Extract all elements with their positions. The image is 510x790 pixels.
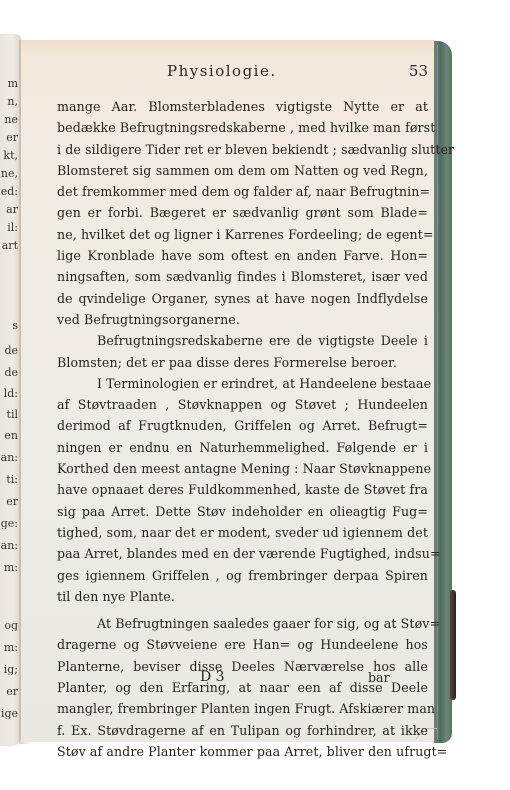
text-line: ningsaften, som sædvanlig findes i Bloms… bbox=[57, 266, 428, 287]
text-line: ningen er endnu en Naturhemmelighed. Føl… bbox=[57, 437, 428, 458]
text-line: Blomsteret sig sammen om dem om Natten o… bbox=[57, 160, 428, 181]
left-page-text-fragment: m: bbox=[0, 642, 18, 653]
left-page-text-fragment: il: bbox=[0, 222, 18, 233]
left-page-text-fragment: m bbox=[0, 78, 18, 89]
left-page-text-fragment: ge: bbox=[0, 518, 18, 529]
facing-left-page: mn,neerkt,ne,ed:aril:artsdedeld:tilenan:… bbox=[0, 34, 21, 746]
left-page-text-fragment: til bbox=[0, 409, 18, 420]
text-line: Blomsten; det er paa disse deres Formere… bbox=[57, 352, 428, 373]
text-line: de qvindelige Organer, synes at have nog… bbox=[57, 288, 428, 309]
text-line: Støv af andre Planter kommer paa Arret, … bbox=[57, 741, 428, 762]
text-line: dragerne og Støvveiene ere Han= og Hunde… bbox=[57, 634, 428, 655]
left-page-text-fragment: en bbox=[0, 430, 18, 441]
running-head-title: Physiologie. bbox=[167, 62, 277, 80]
left-page-text-fragment: ar bbox=[0, 204, 18, 215]
text-line: tighed, som, naar det er modent, sveder … bbox=[57, 522, 428, 543]
text-line: Befrugtningsredskaberne ere de vigtigste… bbox=[57, 330, 428, 351]
text-line: ne, hvilket det og ligner i Karrenes For… bbox=[57, 224, 428, 245]
left-page-text-fragment: s bbox=[0, 320, 18, 331]
left-page-text-fragment: er bbox=[0, 132, 18, 143]
text-line: paa Arret, blandes med en der værende Fu… bbox=[57, 543, 428, 564]
left-page-text-fragment: an: bbox=[0, 452, 18, 463]
left-page-text-fragment: ld: bbox=[0, 388, 18, 399]
left-page-text-fragment: ed: bbox=[0, 186, 18, 197]
left-page-text-fragment: n, bbox=[0, 96, 18, 107]
left-page-text-fragment: ne bbox=[0, 114, 18, 125]
left-page-text-fragment: og bbox=[0, 620, 18, 631]
text-line: i de sildigere Tider ret er bleven bekie… bbox=[57, 139, 428, 160]
left-page-text-fragment: de bbox=[0, 345, 18, 356]
text-line: mangler, frembringer Planten ingen Frugt… bbox=[57, 698, 428, 719]
text-line: bedække Befrugtningsredskaberne , med hv… bbox=[57, 117, 428, 138]
text-line: f. Ex. Støvdragerne af en Tulipan og for… bbox=[57, 720, 428, 741]
book-clasp bbox=[450, 590, 456, 700]
left-page-text-fragment: ige bbox=[0, 708, 18, 719]
text-line: have opnaaet deres Fuldkommenhed, kaste … bbox=[57, 479, 428, 500]
left-page-text-fragment: er bbox=[0, 686, 18, 697]
left-page-text-fragment: m: bbox=[0, 562, 18, 573]
text-line: ved Befrugtningsorganerne. bbox=[57, 309, 428, 330]
signature-mark: D 3 bbox=[200, 669, 225, 685]
text-line: Korthed den meest antagne Mening : Naar … bbox=[57, 458, 428, 479]
left-page-text-fragment: art bbox=[0, 240, 18, 251]
left-page-text-fragment: ig; bbox=[0, 664, 18, 675]
left-page-text-fragment: an: bbox=[0, 540, 18, 551]
running-head: Physiologie. 53 bbox=[57, 62, 428, 82]
text-line: ges igiennem Griffelen , og frembringer … bbox=[57, 565, 428, 586]
left-page-text-fragment: er bbox=[0, 496, 18, 507]
page-number: 53 bbox=[409, 62, 428, 80]
text-line: At Befrugtningen saaledes gaaer for sig,… bbox=[57, 613, 428, 634]
text-line: mange Aar. Blomsterbladenes vigtigste Ny… bbox=[57, 96, 428, 117]
text-line: sig paa Arret. Dette Støv indeholder en … bbox=[57, 501, 428, 522]
text-line: det fremkommer med dem og falder af, naa… bbox=[57, 181, 428, 202]
text-line: til den nye Plante. bbox=[57, 586, 428, 607]
text-line: gen er forbi. Bægeret er sædvanlig grønt… bbox=[57, 202, 428, 223]
catchword: bar bbox=[368, 670, 390, 685]
text-line: derimod af Frugtknuden, Griffelen og Arr… bbox=[57, 415, 428, 436]
text-line: I Terminologien er erindret, at Handeele… bbox=[57, 373, 428, 394]
left-page-text-fragment: de bbox=[0, 367, 18, 378]
left-page-text-fragment: kt, bbox=[0, 150, 18, 161]
left-page-text-fragment: ne, bbox=[0, 168, 18, 179]
text-line: lige Kronblade have som oftest en anden … bbox=[57, 245, 428, 266]
left-page-text-fragment: ti: bbox=[0, 474, 18, 485]
text-line: af Støvtraaden , Støvknappen og Støvet ;… bbox=[57, 394, 428, 415]
body-text: mange Aar. Blomsterbladenes vigtigste Ny… bbox=[57, 96, 428, 762]
